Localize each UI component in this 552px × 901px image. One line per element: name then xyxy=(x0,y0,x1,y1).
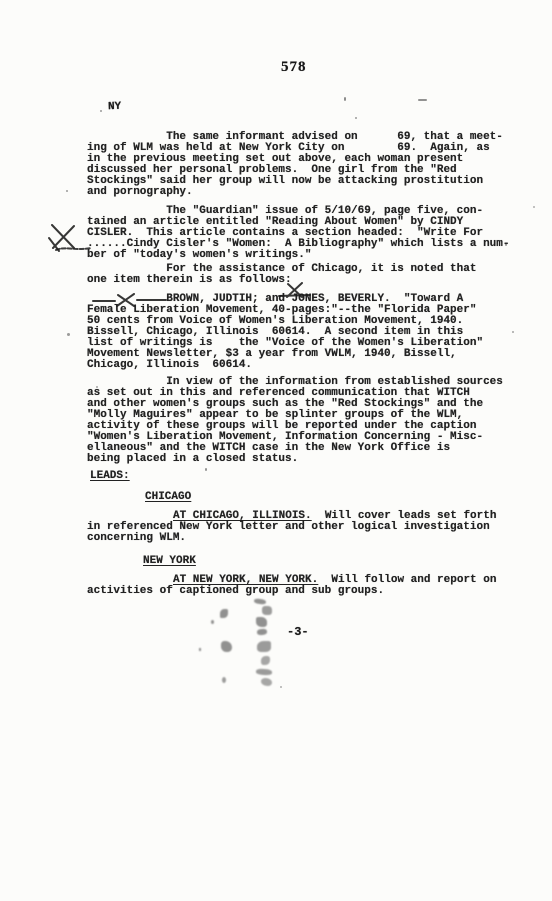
paragraph-informant-meeting: The same informant advised on 69, that a… xyxy=(87,132,503,198)
smudge-mark xyxy=(262,606,272,615)
scan-noise-dot xyxy=(344,97,346,101)
new-york-lead-paragraph: AT NEW YORK, NEW YORK. Will follow and r… xyxy=(87,575,496,597)
smudge-mark xyxy=(256,668,272,675)
scan-noise-dot xyxy=(355,117,357,119)
scan-noise-dot xyxy=(418,99,427,101)
scan-noise-dot xyxy=(205,468,207,471)
paragraph-guardian-article: The "Guardian" issue of 5/10/69, page fi… xyxy=(87,206,509,261)
scan-noise-dot xyxy=(533,206,535,208)
handwritten-x-mark-jones xyxy=(277,282,313,300)
scan-noise-dot xyxy=(280,686,282,688)
scanned-document-page: 578 NY The same informant advised on 69,… xyxy=(0,0,552,901)
smudge-mark xyxy=(199,648,201,651)
smudge-mark xyxy=(221,641,232,652)
page-number-top: 578 xyxy=(281,58,307,76)
leads-heading: LEADS: xyxy=(90,471,130,482)
smudge-mark xyxy=(261,656,270,665)
smudge-mark xyxy=(257,641,271,652)
smudge-mark xyxy=(257,628,268,635)
page-number-bottom: -3- xyxy=(287,626,309,638)
handwritten-x-mark-brown xyxy=(91,291,169,309)
paragraph-witch-closing: In view of the information from establis… xyxy=(87,377,503,465)
scan-noise-dot xyxy=(66,190,68,192)
scan-noise-dot xyxy=(512,331,514,333)
smudge-mark xyxy=(220,609,228,618)
scan-noise-dot xyxy=(100,110,102,112)
smudge-mark xyxy=(261,678,272,686)
new-york-lead-rest: activities of captioned group and sub gr… xyxy=(87,585,384,597)
scan-noise-dot xyxy=(505,243,507,246)
new-york-city-heading: NEW YORK xyxy=(143,556,196,567)
chicago-lead-rest: in referenced New York letter and other … xyxy=(87,521,490,544)
smudge-mark xyxy=(256,617,267,627)
scan-noise-dot xyxy=(96,386,98,388)
chicago-city-heading: CHICAGO xyxy=(145,492,191,503)
smudge-mark xyxy=(222,677,226,683)
smudge-mark xyxy=(254,598,267,605)
smudge-mark xyxy=(211,620,214,624)
corner-mark: NY xyxy=(108,101,122,113)
handwritten-strike-mark-cindy xyxy=(55,244,93,254)
scan-noise-dot xyxy=(67,333,70,336)
chicago-lead-paragraph: AT CHICAGO, ILLINOIS. Will cover leads s… xyxy=(87,511,496,544)
